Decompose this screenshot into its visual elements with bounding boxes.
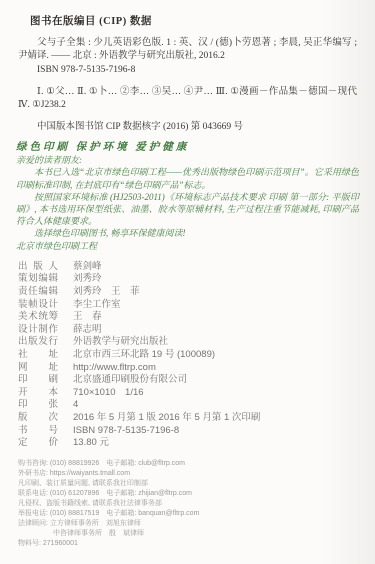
colophon-value: 李尘工作室	[73, 299, 357, 312]
copyright-page: 图书在版编目 (CIP) 数据 父与子全集 : 少儿英语彩色版. 1 : 英、汉…	[0, 0, 375, 564]
colophon-value: 4	[73, 399, 357, 412]
cip-record-number: 中国版本图书馆 CIP 数据核字 (2016) 第 043669 号	[18, 121, 357, 134]
cip-classification: Ⅰ. ①父… Ⅱ. ①卜… ②李… ③吴… ④尹… Ⅲ. ①漫画－作品集－德国－…	[18, 86, 357, 112]
colophon-value: 薛志明	[73, 324, 357, 337]
footnote-quality-notice: 凡印刷、装订质量问题, 请联系我社印制部	[18, 479, 357, 489]
footnote-legal-counsel-1: 法律顾问: 立方律师事务所 刘旭东律师	[18, 519, 357, 529]
colophon-row-edition: 版次 2016 年 5 月第 1 版 2016 年 5 月第 1 次印刷	[18, 412, 357, 425]
colophon-row-price: 定价 13.80 元	[18, 437, 357, 450]
green-paragraph-1: 本书已入选“北京市绿色印刷工程——优秀出版物绿色印刷示范项目”。它采用绿色印刷标…	[16, 166, 359, 190]
colophon-value: 刘秀玲	[73, 273, 357, 286]
colophon-row-isbn: 书号 ISBN 978-7-5135-7196-8	[18, 425, 357, 438]
cip-section: 图书在版编目 (CIP) 数据 父与子全集 : 少儿英语彩色版. 1 : 英、汉…	[0, 0, 375, 134]
colophon-label: 美术统筹	[18, 311, 58, 324]
isbn-line: ISBN 978-7-5135-7196-8	[18, 64, 357, 77]
green-printing-section: 绿色印刷 保护环境 爱护健康 亲爱的读者朋友: 本书已入选“北京市绿色印刷工程—…	[0, 134, 375, 252]
colophon-row-format: 开本 710×1010 1/16	[18, 387, 357, 400]
footnote-report-phone: 举报电话: (010) 88817519 电子邮箱: banquan@fltrp…	[18, 509, 357, 519]
colophon-value: 13.80 元	[73, 437, 357, 450]
colophon-value: 刘秀玲 王 菲	[73, 286, 357, 299]
footnote-legal-counsel-2: 中咨律师事务所 殷 斌律师	[18, 529, 357, 539]
colophon-row-publisher: 出版发行 外语教学与研究出版社	[18, 336, 357, 349]
colophon-label: 开本	[18, 387, 58, 400]
colophon-label: 策划编辑	[18, 273, 58, 286]
colophon-value: 2016 年 5 月第 1 版 2016 年 5 月第 1 次印刷	[73, 412, 357, 425]
colophon-label: 印张	[18, 399, 58, 412]
green-closing: 选择绿色印刷图书, 畅享环保健康阅读!	[16, 227, 359, 239]
cip-description: 父与子全集 : 少儿英语彩色版. 1 : 英、汉 / (德)卜劳恩著 ; 李晨,…	[18, 37, 357, 63]
colophon-value: 王 春	[73, 311, 357, 324]
colophon-row-planning-editor: 策划编辑 刘秀玲	[18, 273, 357, 286]
colophon-label: 社址	[18, 349, 58, 362]
green-paragraph-2: 按照国家环境标准 (HJ2503-2011)《环境标志产品技术要求 印刷 第一部…	[16, 191, 359, 228]
colophon-label: 书号	[18, 425, 58, 438]
colophon-value: 北京市西三环北路 19 号 (100089)	[73, 349, 357, 362]
colophon-label: 出版人	[18, 261, 58, 274]
colophon-label: 装帧设计	[18, 299, 58, 312]
colophon-row-printer: 印刷 北京盛通印刷股份有限公司	[18, 374, 357, 387]
colophon-label: 设计制作	[18, 324, 58, 337]
colophon-value: 北京盛通印刷股份有限公司	[73, 374, 357, 387]
colophon-row-design: 装帧设计 李尘工作室	[18, 299, 357, 312]
colophon-value: ISBN 978-7-5135-7196-8	[73, 425, 357, 438]
footnote-piracy-notice: 凡侵权、盗版书籍线索, 请联系我社法律事务部	[18, 499, 357, 509]
colophon-value: 710×1010 1/16	[73, 387, 357, 400]
footnote-contact-phone: 联系电话: (010) 61207896 电子邮箱: zhijian@fltrp…	[18, 489, 357, 499]
footnote-bookstore-url: 外研书店: https://waiyants.tmall.com	[18, 469, 357, 479]
footnotes-section: 购书咨询: (010) 88819926 电子邮箱: club@fltrp.co…	[0, 450, 375, 549]
colophon-label: 印刷	[18, 374, 58, 387]
cip-heading: 图书在版编目 (CIP) 数据	[30, 15, 357, 28]
colophon-value: 外语教学与研究出版社	[73, 336, 357, 349]
colophon-row-website: 网址 http://www.fltrp.com	[18, 362, 357, 375]
colophon-label: 出版发行	[18, 336, 58, 349]
colophon-row-sheets: 印张 4	[18, 399, 357, 412]
material-number: 物料号: 271960001	[18, 539, 357, 549]
colophon-label: 网址	[18, 362, 58, 375]
colophon-label: 版次	[18, 412, 58, 425]
colophon-row-art-coordination: 美术统筹 王 春	[18, 311, 357, 324]
website-url: http://www.fltrp.com	[73, 362, 357, 375]
colophon-row-address: 社址 北京市西三环北路 19 号 (100089)	[18, 349, 357, 362]
colophon-label: 责任编辑	[18, 286, 58, 299]
green-signature: 北京市绿色印刷工程	[16, 240, 359, 252]
green-printing-title: 绿色印刷 保护环境 爱护健康	[16, 142, 359, 154]
colophon-value: 蔡剑峰	[73, 261, 357, 274]
colophon-row-publisher-person: 出版人 蔡剑峰	[18, 261, 357, 274]
colophon-label: 定价	[18, 437, 58, 450]
footnote-purchase-hotline: 购书咨询: (010) 88819926 电子邮箱: club@fltrp.co…	[18, 459, 357, 469]
colophon-section: 出版人 蔡剑峰 策划编辑 刘秀玲 责任编辑 刘秀玲 王 菲 装帧设计 李尘工作室…	[0, 252, 375, 450]
colophon-row-responsible-editor: 责任编辑 刘秀玲 王 菲	[18, 286, 357, 299]
colophon-row-design-production: 设计制作 薛志明	[18, 324, 357, 337]
reader-salutation: 亲爱的读者朋友:	[16, 154, 359, 166]
